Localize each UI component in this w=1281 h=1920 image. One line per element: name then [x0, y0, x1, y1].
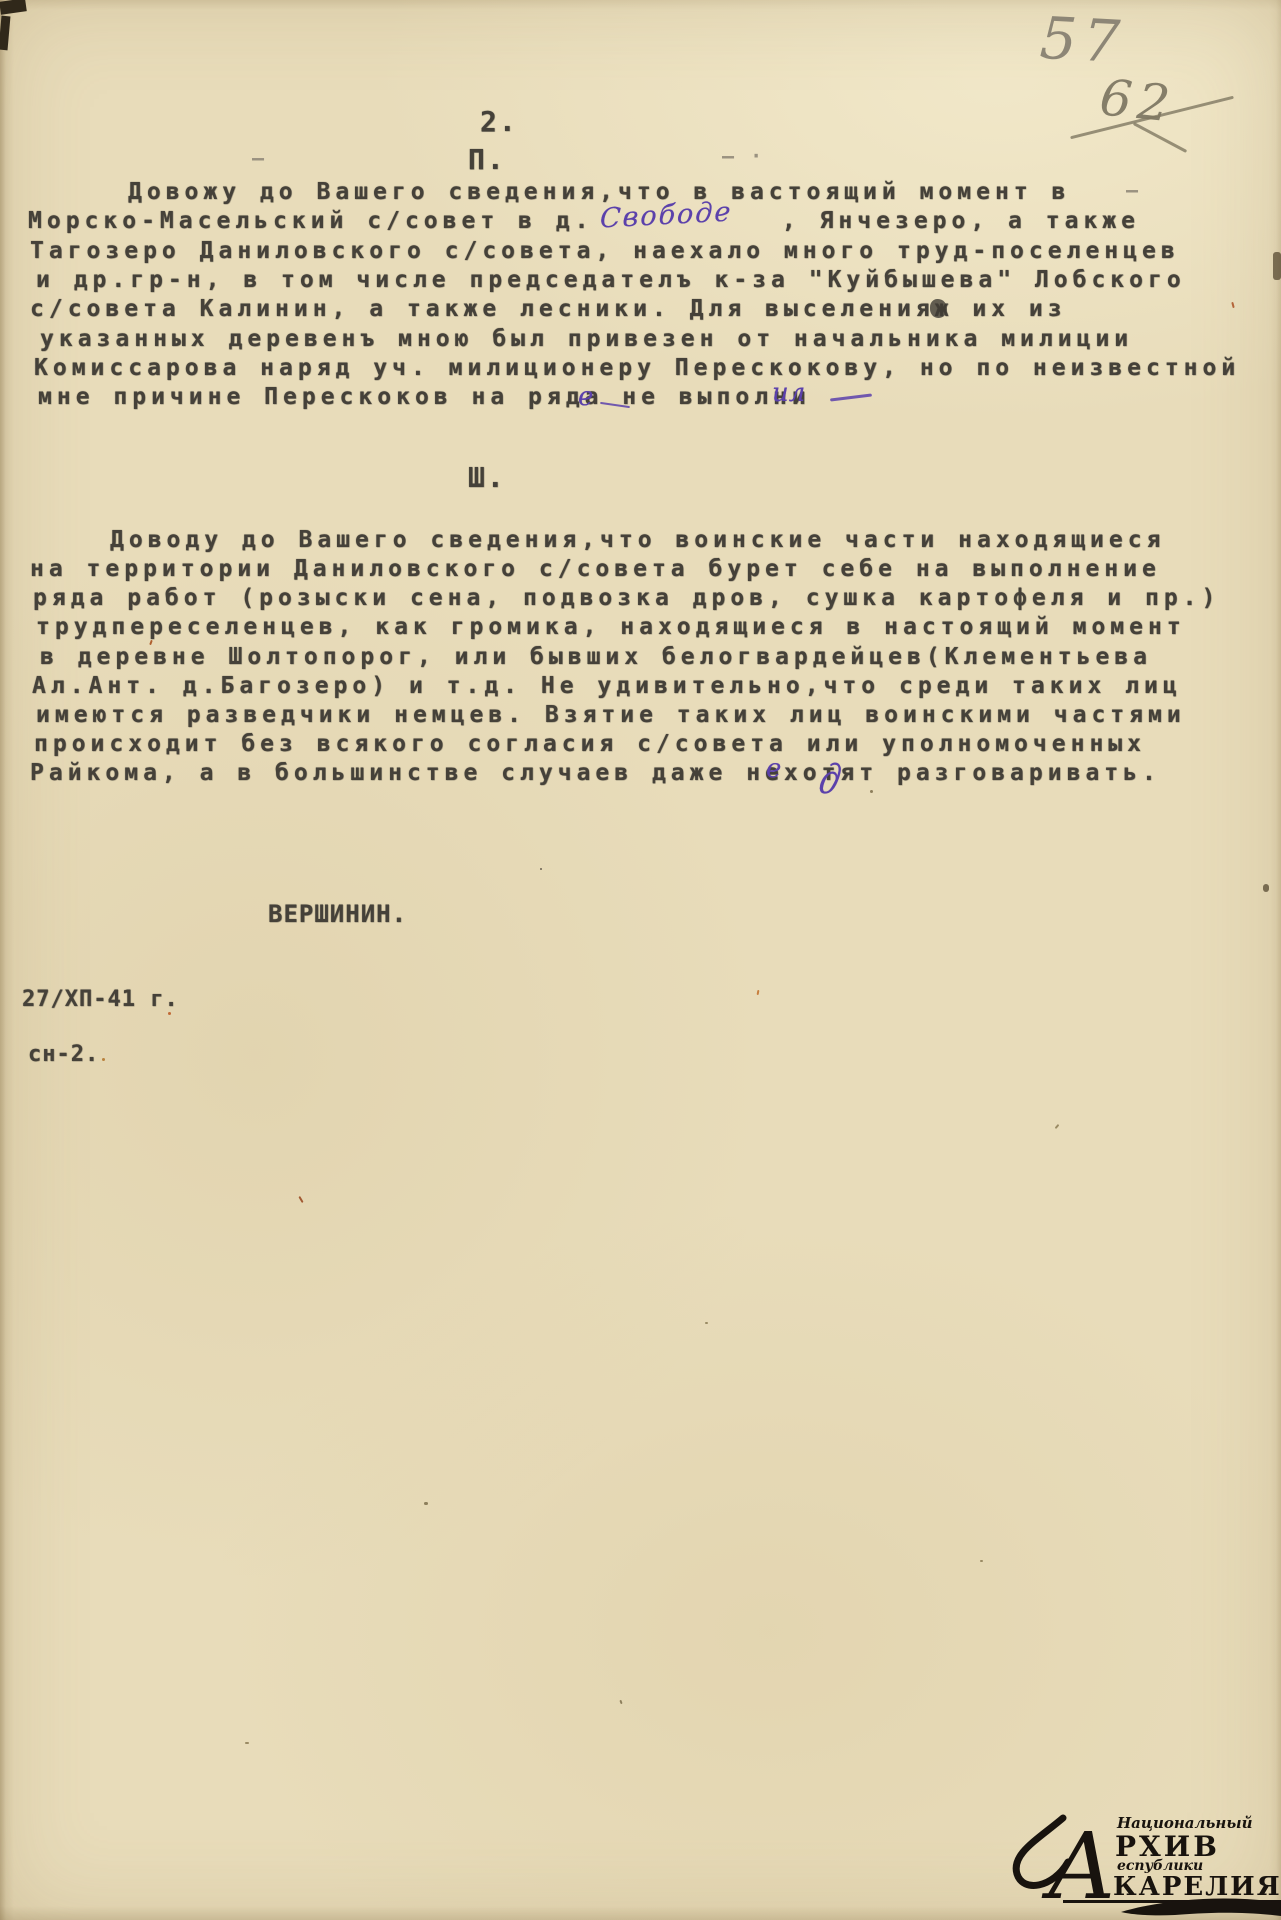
- ink-correction-ne: е: [766, 754, 781, 784]
- signature-name: ВЕРШИНИН.: [268, 902, 407, 926]
- typed-line: Довожу до Вашего сведения,что в вастоящи…: [128, 180, 1070, 204]
- document-page: 57 62 2. П. – – · – Довожу до Вашего све…: [0, 0, 1281, 1920]
- paper-speck: [424, 1502, 428, 1505]
- page-number: 2.: [480, 110, 518, 134]
- typed-line: Морско-Масельский с/совет в д. , Янчезер…: [28, 209, 1140, 233]
- paper-speck: [540, 868, 542, 870]
- watermark-text-karelia: КАРЕЛИЯ: [1113, 1872, 1281, 1902]
- paper-speck: [705, 1322, 708, 1324]
- typed-line: Комиссарова наряд уч. милиционеру Переск…: [34, 356, 1240, 380]
- paper-speck: [757, 990, 760, 995]
- ink-correction-ryada: е: [578, 382, 593, 412]
- ink-flourish-line: [830, 393, 872, 401]
- paper-speck: [980, 1560, 983, 1562]
- pencil-folio-number: 57: [1038, 4, 1127, 76]
- typed-line: имеются разведчики немцев. Взятие таких …: [36, 703, 1186, 727]
- typed-line: ряда работ (розыски сена, подвозка дров,…: [33, 586, 1220, 610]
- typed-line: Тагозеро Даниловского с/совета, наехало …: [30, 239, 1180, 263]
- paper-speck: [619, 1700, 622, 1704]
- paper-speck: [1231, 302, 1234, 308]
- stray-mark: –: [1126, 180, 1140, 200]
- typed-line: и др.гр-н, в том числе председателъ к-за…: [36, 268, 1186, 292]
- typed-line: указанных деревенъ мною был привезен от …: [40, 327, 1133, 351]
- scan-artifact-edge: [1273, 252, 1281, 280]
- ink-blotch: [930, 299, 947, 318]
- typed-line: трудпереселенцев, как громика, находящие…: [36, 615, 1186, 639]
- typed-line: Ал.Ант. д.Багозеро) и т.д. Не удивительн…: [32, 674, 1182, 698]
- ref-note: сн-2.: [28, 1043, 99, 1067]
- section-2-heading: П.: [468, 148, 506, 172]
- archive-watermark: А Национальный РХИВ еспублики КАРЕЛИЯ: [1005, 1798, 1281, 1920]
- section-3-heading: Ш.: [468, 466, 506, 490]
- paper-speck: [870, 790, 873, 793]
- paper-speck: [102, 1058, 105, 1061]
- paper-speck: [298, 1196, 303, 1203]
- paper-speck: [245, 1742, 249, 1744]
- typed-line: мне причине Перескоков на ряда не выполн…: [38, 385, 811, 409]
- paper-speck: [1055, 1124, 1060, 1129]
- scan-artifact-corner: [0, 0, 27, 15]
- ink-correction-vypolnil: ил: [772, 378, 805, 408]
- scan-artifact-edge: [1263, 884, 1269, 892]
- paper-speck: [168, 1012, 171, 1015]
- typed-line: с/совета Калинин, а также лесники. Для в…: [30, 297, 1067, 321]
- date-note: 27/ХП-41 г.: [22, 988, 179, 1012]
- typed-line: Райкома, а в большинстве случаев даже не…: [30, 761, 1161, 785]
- typed-line: Доводу до Вашего сведения,что воинские ч…: [110, 528, 1165, 552]
- monogram-letter: А: [1041, 1813, 1117, 1920]
- typed-line: на территории Даниловского с/совета буре…: [30, 557, 1161, 581]
- stray-mark: –: [252, 148, 266, 168]
- typed-line: происходит без всякого согласия с/совета…: [34, 732, 1146, 756]
- stray-mark: – ·: [722, 146, 764, 166]
- scan-artifact-corner: [0, 16, 10, 51]
- typed-line: в деревне Шолтопорог, или бывших белогва…: [40, 645, 1152, 669]
